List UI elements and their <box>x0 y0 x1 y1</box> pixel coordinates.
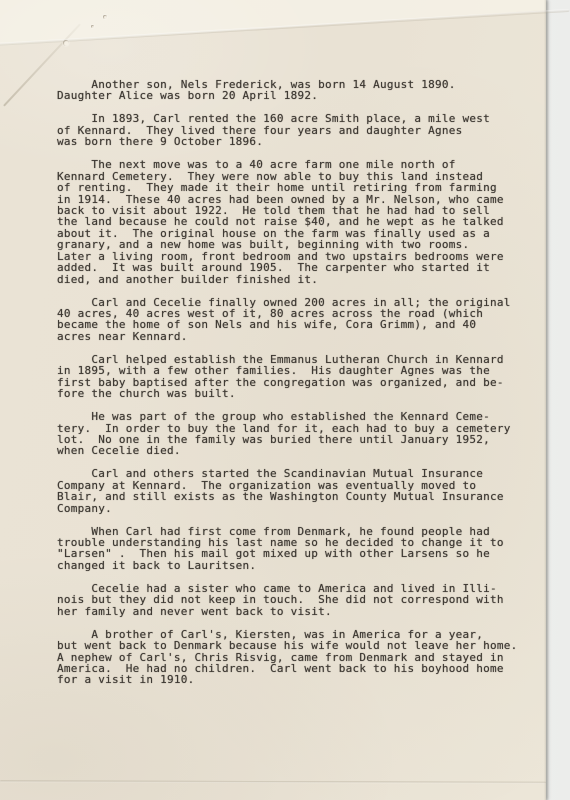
paragraph-insurance-company: Carl and others started the Scandinavian… <box>57 468 527 514</box>
paragraph-births-nels-alice: Another son, Nels Frederick, was born 14… <box>57 79 527 102</box>
staple-hole <box>63 40 69 46</box>
staple-hole <box>91 25 94 28</box>
paragraph-two-hundred-acres: Carl and Cecelie finally owned 200 acres… <box>57 297 527 343</box>
paper-edge-shadow <box>544 0 549 800</box>
paragraph-cecelie-sister: Cecelie had a sister who came to America… <box>57 583 527 617</box>
staple-hole <box>103 15 107 19</box>
paragraph-name-change: When Carl had first come from Denmark, h… <box>57 526 527 572</box>
paper-crease-bottom <box>0 780 546 783</box>
paragraph-lutheran-church: Carl helped establish the Emmanus Luther… <box>57 354 527 400</box>
scan-background: Another son, Nels Frederick, was born 14… <box>0 0 570 800</box>
paragraph-smith-place: In 1893, Carl rented the 160 acre Smith … <box>57 113 527 147</box>
paragraph-kennard-cemetery: He was part of the group who established… <box>57 411 527 457</box>
typewritten-page: Another son, Nels Frederick, was born 14… <box>0 0 546 800</box>
paragraph-carls-relatives: A brother of Carl's, Kiersten, was in Am… <box>57 629 527 686</box>
paragraph-forty-acre-farm: The next move was to a 40 acre farm one … <box>57 159 527 285</box>
document-text: Another son, Nels Frederick, was born 14… <box>57 79 527 697</box>
